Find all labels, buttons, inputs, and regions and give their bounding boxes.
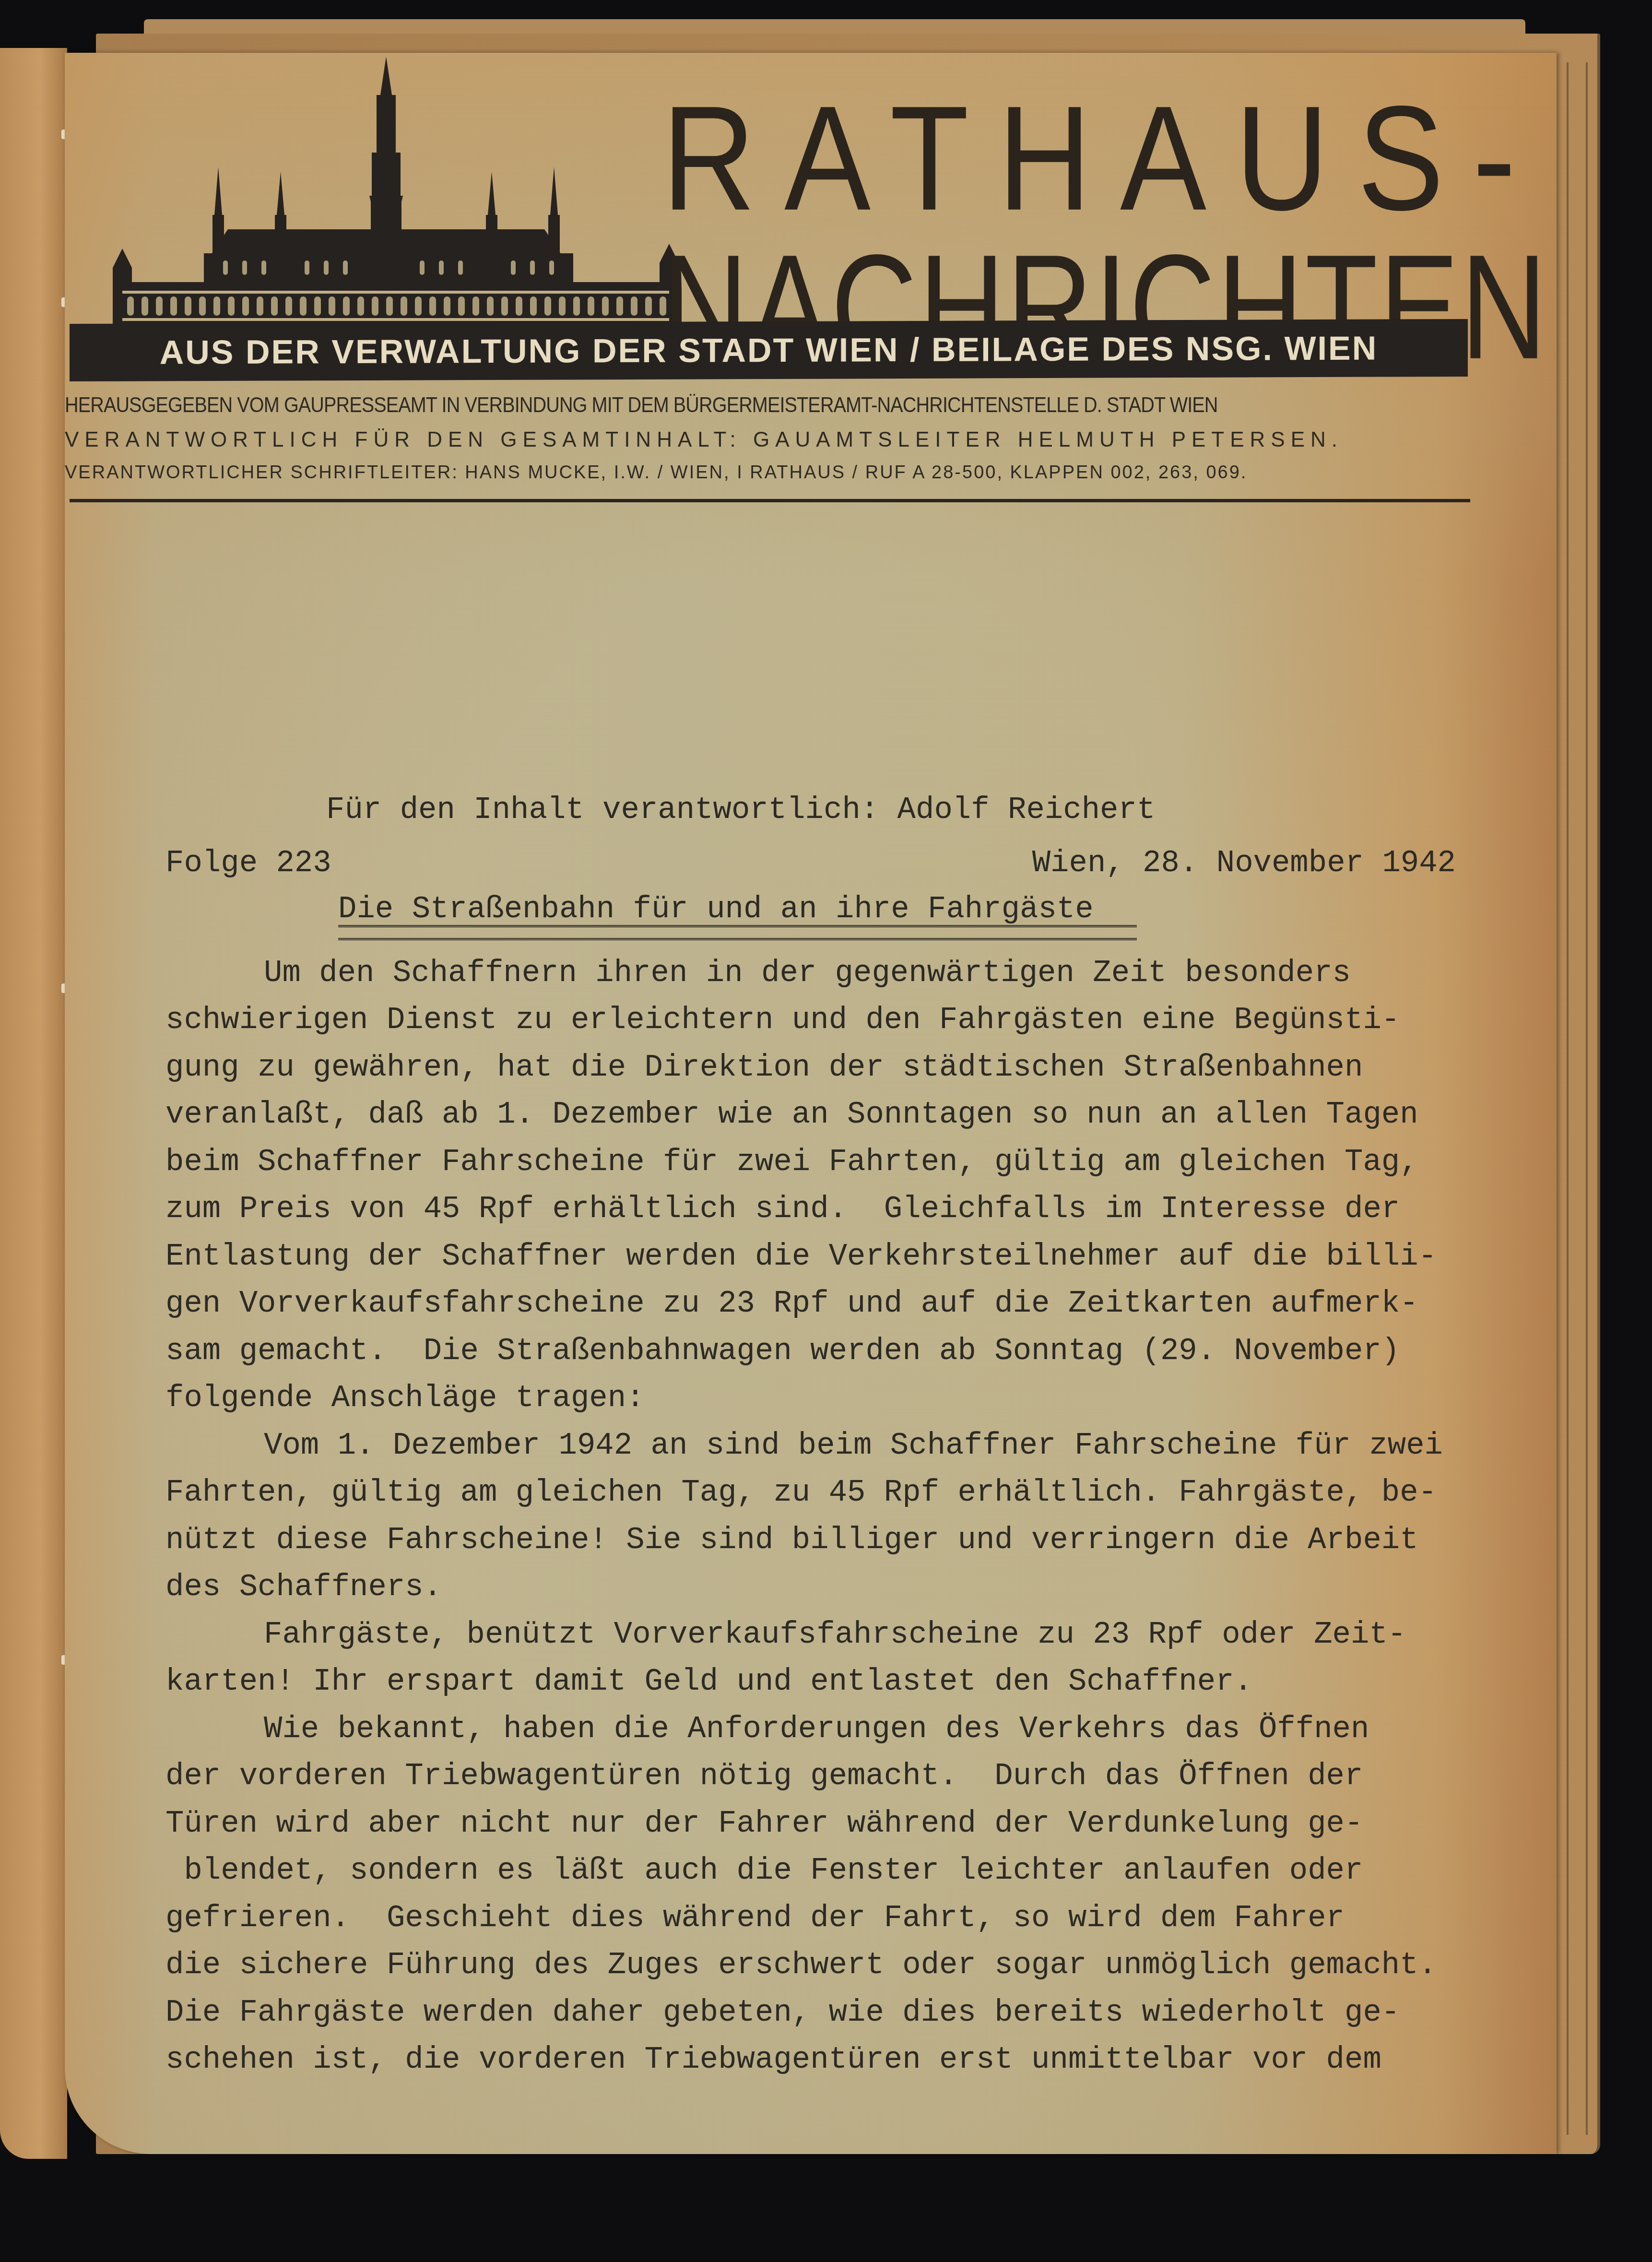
body-line: des Schaffners. [165,1564,1547,1611]
body-line: die sichere Führung des Zuges erschwert … [165,1942,1547,1990]
responsible-line: Für den Inhalt verantwortlich: Adolf Rei… [165,787,1547,834]
body-line: gefrieren. Geschieht dies während der Fa… [165,1895,1547,1942]
masthead-banner: AUS DER VERWALTUNG DER STADT WIEN / BEIL… [70,319,1468,381]
body-line: Türen wird aber nicht nur der Fahrer wäh… [165,1800,1547,1848]
body-line: veranlaßt, daß ab 1. Dezember wie an Son… [165,1091,1547,1139]
body-line: gung zu gewähren, hat die Direktion der … [165,1044,1547,1092]
body-line: Um den Schaffnern ihren in der gegenwärt… [165,950,1547,997]
article-body: Um den Schaffnern ihren in der gegenwärt… [165,950,1547,2084]
page-edge [1567,62,1569,2135]
body-line: zum Preis von 45 Rpf erhältlich sind. Gl… [165,1186,1547,1233]
issue-meta: Folge 223 Wien, 28. November 1942 [165,840,1456,888]
article-headline: Die Straßenbahn für und an ihre Fahrgäst… [165,886,1547,934]
city-hall-icon [103,57,684,330]
body-line: gen Vorverkaufsfahrscheine zu 23 Rpf und… [165,1280,1547,1328]
body-line: Vom 1. Dezember 1942 an sind beim Schaff… [165,1422,1547,1470]
body-line: folgende Anschläge tragen: [165,1375,1547,1422]
body-line: karten! Ihr erspart damit Geld und entla… [165,1658,1547,1706]
body-line: schwierigen Dienst zu erleichtern und de… [165,997,1547,1044]
issue-date: Wien, 28. November 1942 [1032,840,1456,888]
body-line: nützt diese Fahrscheine! Sie sind billig… [165,1517,1547,1564]
body-line: Entlastung der Schaffner werden die Verk… [165,1233,1547,1281]
body-line: Fahrgäste, benützt Vorverkaufsfahrschein… [165,1611,1547,1659]
article: Für den Inhalt verantwortlich: Adolf Rei… [165,787,1547,2084]
body-line: blendet, sondern es läßt auch die Fenste… [165,1847,1547,1895]
issue-number: Folge 223 [165,840,331,888]
masthead-title-line1: RATHAUS- [662,82,1477,236]
body-line: sam gemacht. Die Straßenbahnwagen werden… [165,1328,1547,1375]
masthead-credits: HERAUSGEGEBEN VOM GAUPRESSEAMT IN VERBIN… [65,393,1470,491]
credit-editor: VERANTWORTLICHER SCHRIFTLEITER: HANS MUC… [65,462,1470,491]
page-edge [1586,62,1588,2135]
credit-publisher: HERAUSGEGEBEN VOM GAUPRESSEAMT IN VERBIN… [65,393,1330,428]
body-line: Die Fahrgäste werden daher gebeten, wie … [165,1990,1547,2037]
body-line: schehen ist, die vorderen Triebwagentüre… [165,2037,1547,2084]
left-facing-page [0,48,67,2159]
body-line: Fahrten, gültig am gleichen Tag, zu 45 R… [165,1469,1547,1517]
body-line: der vorderen Triebwagentüren nötig gemac… [165,1753,1547,1800]
body-line: Wie bekannt, haben die Anforderungen des… [165,1706,1547,1753]
document-page: RATHAUS- NACHRICHTEN AUS DER VERWALTUNG … [65,53,1557,2154]
body-line: beim Schaffner Fahrscheine für zwei Fahr… [165,1139,1547,1186]
masthead-rule [70,499,1470,502]
credit-responsible: VERANTWORTLICH FÜR DEN GESAMTINHALT: GAU… [65,428,1470,462]
